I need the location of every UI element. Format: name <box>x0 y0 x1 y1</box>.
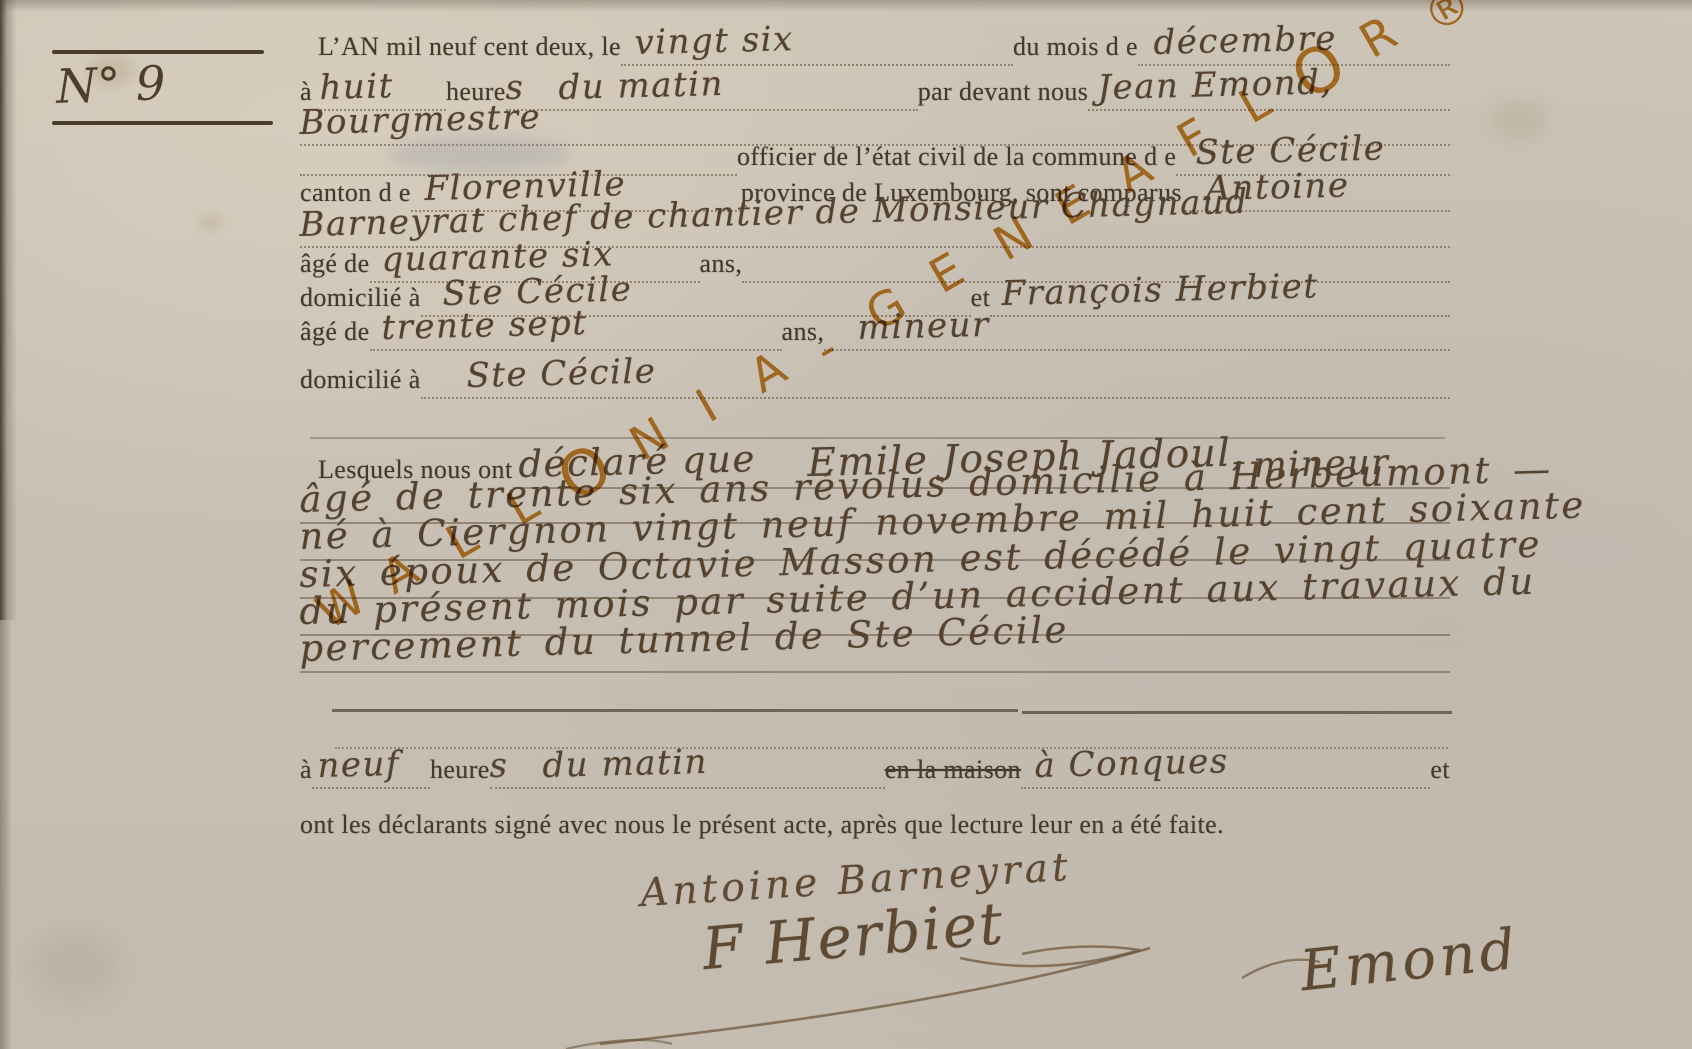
signature-flourish-strokes <box>0 0 1692 1049</box>
page-gutter-shadow <box>0 0 18 620</box>
ink-smudge <box>388 136 570 172</box>
death-register-scan: { "colors":{ "paper":"#c8c0b4", "ink_han… <box>0 0 1692 1049</box>
page-gutter-shadow-lower <box>0 620 14 1049</box>
